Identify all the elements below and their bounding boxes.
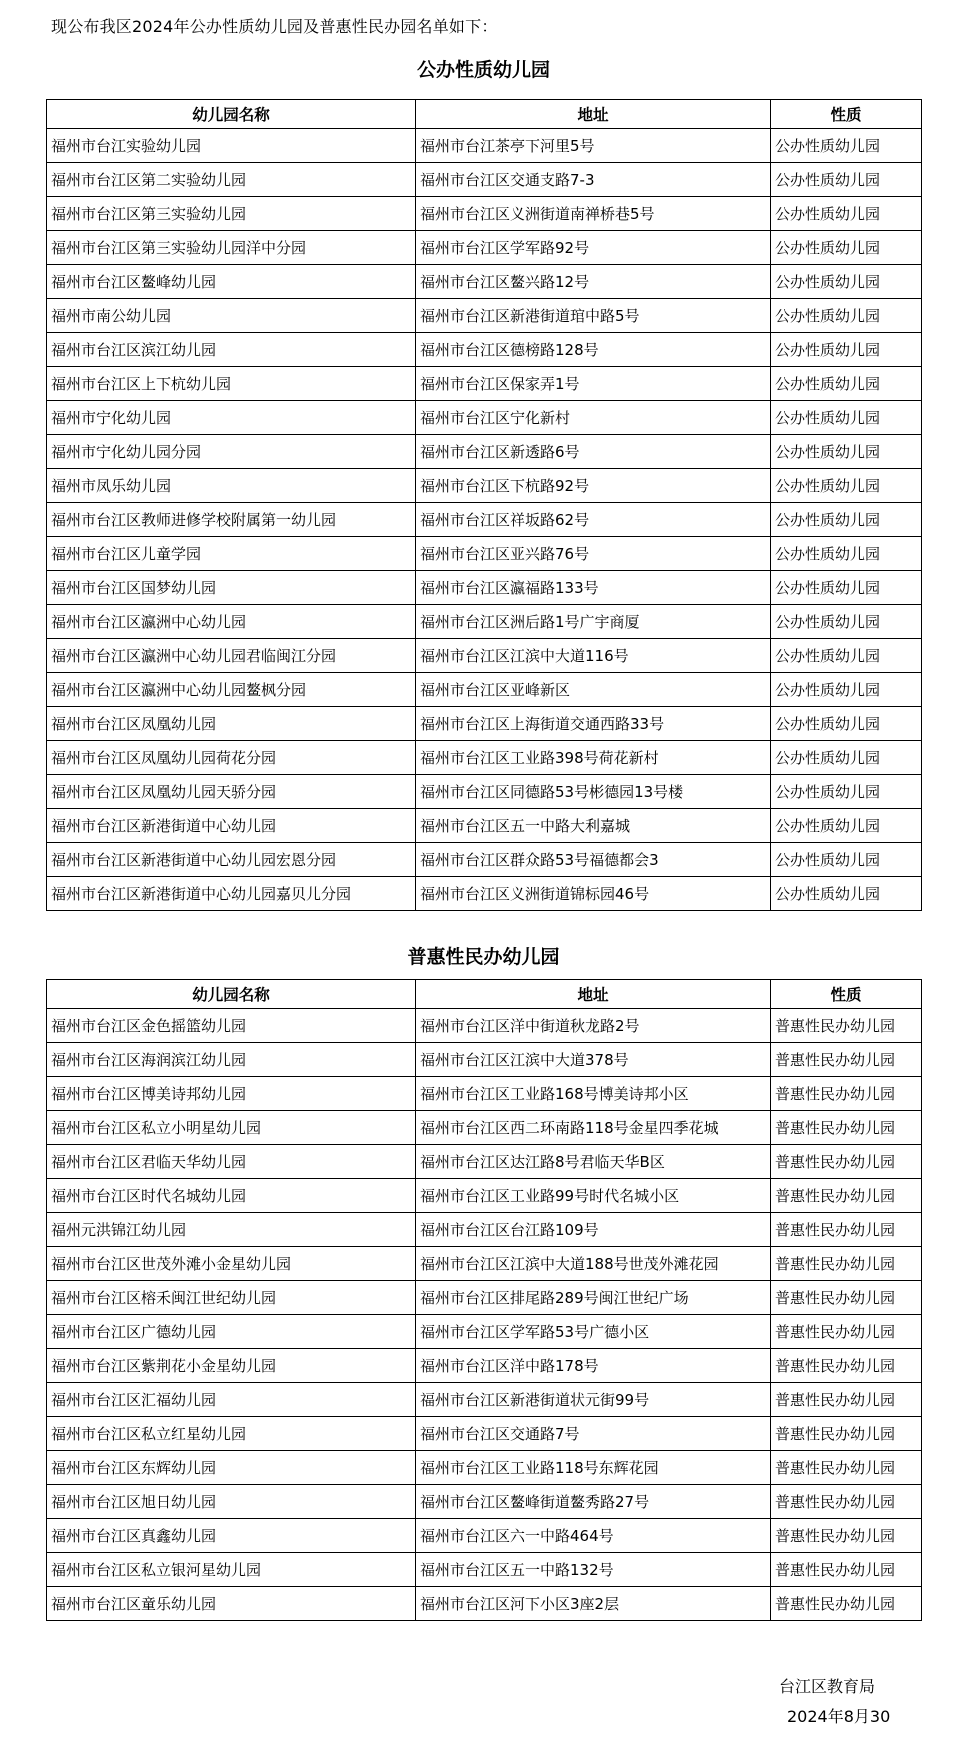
table-row: 福州市台江区旭日幼儿园福州市台江区鳌峰街道鳌秀路27号普惠性民办幼儿园 xyxy=(47,1485,922,1519)
table-row: 福州市台江实验幼儿园福州市台江茶亭下河里5号公办性质幼儿园 xyxy=(47,129,922,163)
table-row: 福州市台江区上下杭幼儿园福州市台江区保家弄1号公办性质幼儿园 xyxy=(47,367,922,401)
cell-address: 福州市台江区交通路7号 xyxy=(416,1417,771,1451)
cell-type: 公办性质幼儿园 xyxy=(771,469,922,503)
table-row: 福州市台江区瀛洲中心幼儿园鳌枫分园福州市台江区亚峰新区公办性质幼儿园 xyxy=(47,673,922,707)
table-row: 福州元洪锦江幼儿园福州市台江区台江路109号普惠性民办幼儿园 xyxy=(47,1213,922,1247)
cell-type: 公办性质幼儿园 xyxy=(771,741,922,775)
cell-name: 福州市台江区凤凰幼儿园天骄分园 xyxy=(47,775,416,809)
cell-address: 福州市台江区六一中路464号 xyxy=(416,1519,771,1553)
cell-type: 公办性质幼儿园 xyxy=(771,673,922,707)
table-row: 福州市台江区瀛洲中心幼儿园福州市台江区洲后路1号广宇商厦公办性质幼儿园 xyxy=(47,605,922,639)
cell-address: 福州市台江区洋中街道秋龙路2号 xyxy=(416,1009,771,1043)
cell-name: 福州元洪锦江幼儿园 xyxy=(47,1213,416,1247)
cell-type: 普惠性民办幼儿园 xyxy=(771,1213,922,1247)
cell-name: 福州市台江区世茂外滩小金星幼儿园 xyxy=(47,1247,416,1281)
cell-address: 福州市台江茶亭下河里5号 xyxy=(416,129,771,163)
cell-type: 普惠性民办幼儿园 xyxy=(771,1519,922,1553)
column-header-type: 性质 xyxy=(771,100,922,129)
cell-name: 福州市台江区新港街道中心幼儿园宏恩分园 xyxy=(47,843,416,877)
cell-type: 普惠性民办幼儿园 xyxy=(771,1383,922,1417)
table-row: 福州市台江区海润滨江幼儿园福州市台江区江滨中大道378号普惠性民办幼儿园 xyxy=(47,1043,922,1077)
cell-address: 福州市台江区亚峰新区 xyxy=(416,673,771,707)
table-row: 福州市台江区国梦幼儿园福州市台江区瀛福路133号公办性质幼儿园 xyxy=(47,571,922,605)
cell-name: 福州市台江区新港街道中心幼儿园 xyxy=(47,809,416,843)
cell-type: 公办性质幼儿园 xyxy=(771,571,922,605)
table-row: 福州市台江区君临天华幼儿园福州市台江区达江路8号君临天华B区普惠性民办幼儿园 xyxy=(47,1145,922,1179)
cell-type: 公办性质幼儿园 xyxy=(771,299,922,333)
intro-text: 现公布我区2024年公办性质幼儿园及普惠性民办园名单如下： xyxy=(51,17,498,37)
cell-name: 福州市台江区广德幼儿园 xyxy=(47,1315,416,1349)
cell-name: 福州市台江区新港街道中心幼儿园嘉贝儿分园 xyxy=(47,877,416,911)
table-header-row: 幼儿园名称 地址 性质 xyxy=(47,100,922,129)
cell-address: 福州市台江区五一中路132号 xyxy=(416,1553,771,1587)
cell-address: 福州市台江区洲后路1号广宇商厦 xyxy=(416,605,771,639)
cell-type: 普惠性民办幼儿园 xyxy=(771,1111,922,1145)
cell-type: 公办性质幼儿园 xyxy=(771,809,922,843)
private-table-body: 福州市台江区金色摇篮幼儿园福州市台江区洋中街道秋龙路2号普惠性民办幼儿园福州市台… xyxy=(47,1009,922,1621)
private-section-title: 普惠性民办幼儿园 xyxy=(46,945,921,969)
cell-name: 福州市台江区瀛洲中心幼儿园鳌枫分园 xyxy=(47,673,416,707)
cell-name: 福州市台江区滨江幼儿园 xyxy=(47,333,416,367)
cell-type: 公办性质幼儿园 xyxy=(771,605,922,639)
cell-name: 福州市台江区私立小明星幼儿园 xyxy=(47,1111,416,1145)
signature-org: 台江区教育局 xyxy=(779,1677,875,1697)
cell-name: 福州市南公幼儿园 xyxy=(47,299,416,333)
cell-name: 福州市台江区凤凰幼儿园 xyxy=(47,707,416,741)
cell-type: 公办性质幼儿园 xyxy=(771,367,922,401)
cell-name: 福州市台江区紫荆花小金星幼儿园 xyxy=(47,1349,416,1383)
cell-type: 普惠性民办幼儿园 xyxy=(771,1077,922,1111)
table-row: 福州市台江区汇福幼儿园福州市台江区新港街道状元街99号普惠性民办幼儿园 xyxy=(47,1383,922,1417)
cell-address: 福州市台江区鳌峰街道鳌秀路27号 xyxy=(416,1485,771,1519)
table-row: 福州市台江区第三实验幼儿园洋中分园福州市台江区学军路92号公办性质幼儿园 xyxy=(47,231,922,265)
public-section-title: 公办性质幼儿园 xyxy=(46,58,921,82)
cell-name: 福州市台江区国梦幼儿园 xyxy=(47,571,416,605)
table-row: 福州市台江区紫荆花小金星幼儿园福州市台江区洋中路178号普惠性民办幼儿园 xyxy=(47,1349,922,1383)
cell-name: 福州市台江区瀛洲中心幼儿园君临闽江分园 xyxy=(47,639,416,673)
cell-type: 公办性质幼儿园 xyxy=(771,129,922,163)
cell-address: 福州市台江区义洲街道锦标园46号 xyxy=(416,877,771,911)
table-row: 福州市台江区儿童学园福州市台江区亚兴路76号公办性质幼儿园 xyxy=(47,537,922,571)
cell-type: 普惠性民办幼儿园 xyxy=(771,1553,922,1587)
cell-address: 福州市台江区德榜路128号 xyxy=(416,333,771,367)
cell-address: 福州市台江区工业路398号荷花新村 xyxy=(416,741,771,775)
cell-address: 福州市台江区亚兴路76号 xyxy=(416,537,771,571)
signature-date: 2024年8月30 xyxy=(787,1707,890,1727)
cell-address: 福州市台江区新港街道琯中路5号 xyxy=(416,299,771,333)
cell-name: 福州市台江区私立红星幼儿园 xyxy=(47,1417,416,1451)
cell-name: 福州市宁化幼儿园 xyxy=(47,401,416,435)
table-row: 福州市台江区新港街道中心幼儿园福州市台江区五一中路大利嘉城公办性质幼儿园 xyxy=(47,809,922,843)
cell-name: 福州市台江区旭日幼儿园 xyxy=(47,1485,416,1519)
cell-address: 福州市台江区群众路53号福德都会3 xyxy=(416,843,771,877)
table-row: 福州市台江区金色摇篮幼儿园福州市台江区洋中街道秋龙路2号普惠性民办幼儿园 xyxy=(47,1009,922,1043)
cell-name: 福州市台江区金色摇篮幼儿园 xyxy=(47,1009,416,1043)
cell-name: 福州市台江区真鑫幼儿园 xyxy=(47,1519,416,1553)
cell-name: 福州市台江区上下杭幼儿园 xyxy=(47,367,416,401)
table-row: 福州市台江区滨江幼儿园福州市台江区德榜路128号公办性质幼儿园 xyxy=(47,333,922,367)
table-row: 福州市宁化幼儿园分园福州市台江区新透路6号公办性质幼儿园 xyxy=(47,435,922,469)
table-row: 福州市台江区凤凰幼儿园天骄分园福州市台江区同德路53号彬德园13号楼公办性质幼儿… xyxy=(47,775,922,809)
table-row: 福州市台江区博美诗邦幼儿园福州市台江区工业路168号博美诗邦小区普惠性民办幼儿园 xyxy=(47,1077,922,1111)
table-row: 福州市台江区新港街道中心幼儿园宏恩分园福州市台江区群众路53号福德都会3公办性质… xyxy=(47,843,922,877)
table-row: 福州市台江区真鑫幼儿园福州市台江区六一中路464号普惠性民办幼儿园 xyxy=(47,1519,922,1553)
table-row: 福州市台江区私立红星幼儿园福州市台江区交通路7号普惠性民办幼儿园 xyxy=(47,1417,922,1451)
cell-name: 福州市台江区时代名城幼儿园 xyxy=(47,1179,416,1213)
public-table-body: 福州市台江实验幼儿园福州市台江茶亭下河里5号公办性质幼儿园福州市台江区第二实验幼… xyxy=(47,129,922,911)
cell-type: 公办性质幼儿园 xyxy=(771,503,922,537)
table-header-row: 幼儿园名称 地址 性质 xyxy=(47,980,922,1009)
cell-type: 公办性质幼儿园 xyxy=(771,843,922,877)
cell-address: 福州市台江区义洲街道南禅桥巷5号 xyxy=(416,197,771,231)
cell-address: 福州市台江区鳌兴路12号 xyxy=(416,265,771,299)
cell-type: 普惠性民办幼儿园 xyxy=(771,1485,922,1519)
table-row: 福州市台江区鳌峰幼儿园福州市台江区鳌兴路12号公办性质幼儿园 xyxy=(47,265,922,299)
cell-name: 福州市台江区第二实验幼儿园 xyxy=(47,163,416,197)
table-row: 福州市台江区东辉幼儿园福州市台江区工业路118号东辉花园普惠性民办幼儿园 xyxy=(47,1451,922,1485)
cell-type: 公办性质幼儿园 xyxy=(771,707,922,741)
cell-address: 福州市台江区江滨中大道116号 xyxy=(416,639,771,673)
cell-type: 普惠性民办幼儿园 xyxy=(771,1043,922,1077)
cell-name: 福州市台江区儿童学园 xyxy=(47,537,416,571)
cell-name: 福州市台江区鳌峰幼儿园 xyxy=(47,265,416,299)
cell-address: 福州市台江区下杭路92号 xyxy=(416,469,771,503)
cell-address: 福州市台江区工业路168号博美诗邦小区 xyxy=(416,1077,771,1111)
cell-type: 普惠性民办幼儿园 xyxy=(771,1281,922,1315)
cell-type: 公办性质幼儿园 xyxy=(771,639,922,673)
cell-address: 福州市台江区学军路92号 xyxy=(416,231,771,265)
table-row: 福州市台江区凤凰幼儿园荷花分园福州市台江区工业路398号荷花新村公办性质幼儿园 xyxy=(47,741,922,775)
cell-type: 普惠性民办幼儿园 xyxy=(771,1417,922,1451)
cell-name: 福州市台江区教师进修学校附属第一幼儿园 xyxy=(47,503,416,537)
table-row: 福州市台江区私立银河星幼儿园福州市台江区五一中路132号普惠性民办幼儿园 xyxy=(47,1553,922,1587)
cell-address: 福州市台江区瀛福路133号 xyxy=(416,571,771,605)
table-row: 福州市台江区凤凰幼儿园福州市台江区上海街道交通西路33号公办性质幼儿园 xyxy=(47,707,922,741)
cell-name: 福州市台江区瀛洲中心幼儿园 xyxy=(47,605,416,639)
table-row: 福州市台江区广德幼儿园福州市台江区学军路53号广德小区普惠性民办幼儿园 xyxy=(47,1315,922,1349)
cell-address: 福州市台江区新港街道状元街99号 xyxy=(416,1383,771,1417)
table-row: 福州市台江区第三实验幼儿园福州市台江区义洲街道南禅桥巷5号公办性质幼儿园 xyxy=(47,197,922,231)
cell-name: 福州市台江区凤凰幼儿园荷花分园 xyxy=(47,741,416,775)
column-header-name: 幼儿园名称 xyxy=(47,980,416,1009)
cell-type: 公办性质幼儿园 xyxy=(771,231,922,265)
table-row: 福州市台江区教师进修学校附属第一幼儿园福州市台江区祥坂路62号公办性质幼儿园 xyxy=(47,503,922,537)
cell-type: 普惠性民办幼儿园 xyxy=(771,1451,922,1485)
cell-address: 福州市台江区同德路53号彬德园13号楼 xyxy=(416,775,771,809)
table-row: 福州市台江区第二实验幼儿园福州市台江区交通支路7-3公办性质幼儿园 xyxy=(47,163,922,197)
cell-type: 公办性质幼儿园 xyxy=(771,877,922,911)
cell-name: 福州市台江区东辉幼儿园 xyxy=(47,1451,416,1485)
cell-type: 普惠性民办幼儿园 xyxy=(771,1315,922,1349)
table-row: 福州市台江区世茂外滩小金星幼儿园福州市台江区江滨中大道188号世茂外滩花园普惠性… xyxy=(47,1247,922,1281)
cell-address: 福州市台江区台江路109号 xyxy=(416,1213,771,1247)
cell-type: 公办性质幼儿园 xyxy=(771,537,922,571)
cell-type: 普惠性民办幼儿园 xyxy=(771,1349,922,1383)
cell-address: 福州市台江区五一中路大利嘉城 xyxy=(416,809,771,843)
cell-address: 福州市台江区西二环南路118号金星四季花城 xyxy=(416,1111,771,1145)
cell-name: 福州市台江区博美诗邦幼儿园 xyxy=(47,1077,416,1111)
column-header-name: 幼儿园名称 xyxy=(47,100,416,129)
cell-address: 福州市台江区新透路6号 xyxy=(416,435,771,469)
cell-type: 公办性质幼儿园 xyxy=(771,163,922,197)
cell-name: 福州市台江区童乐幼儿园 xyxy=(47,1587,416,1621)
cell-address: 福州市台江区工业路118号东辉花园 xyxy=(416,1451,771,1485)
cell-address: 福州市台江区江滨中大道188号世茂外滩花园 xyxy=(416,1247,771,1281)
column-header-type: 性质 xyxy=(771,980,922,1009)
cell-address: 福州市台江区交通支路7-3 xyxy=(416,163,771,197)
cell-name: 福州市台江区第三实验幼儿园 xyxy=(47,197,416,231)
cell-name: 福州市凤乐幼儿园 xyxy=(47,469,416,503)
cell-type: 公办性质幼儿园 xyxy=(771,333,922,367)
table-row: 福州市台江区瀛洲中心幼儿园君临闽江分园福州市台江区江滨中大道116号公办性质幼儿… xyxy=(47,639,922,673)
cell-type: 普惠性民办幼儿园 xyxy=(771,1179,922,1213)
cell-name: 福州市台江区第三实验幼儿园洋中分园 xyxy=(47,231,416,265)
cell-address: 福州市台江区祥坂路62号 xyxy=(416,503,771,537)
table-row: 福州市台江区童乐幼儿园福州市台江区河下小区3座2层普惠性民办幼儿园 xyxy=(47,1587,922,1621)
cell-type: 公办性质幼儿园 xyxy=(771,265,922,299)
table-row: 福州市台江区时代名城幼儿园福州市台江区工业路99号时代名城小区普惠性民办幼儿园 xyxy=(47,1179,922,1213)
cell-type: 公办性质幼儿园 xyxy=(771,197,922,231)
cell-address: 福州市台江区上海街道交通西路33号 xyxy=(416,707,771,741)
cell-address: 福州市台江区江滨中大道378号 xyxy=(416,1043,771,1077)
table-row: 福州市台江区私立小明星幼儿园福州市台江区西二环南路118号金星四季花城普惠性民办… xyxy=(47,1111,922,1145)
cell-type: 普惠性民办幼儿园 xyxy=(771,1145,922,1179)
cell-name: 福州市台江区汇福幼儿园 xyxy=(47,1383,416,1417)
cell-name: 福州市台江区海润滨江幼儿园 xyxy=(47,1043,416,1077)
cell-type: 公办性质幼儿园 xyxy=(771,401,922,435)
cell-address: 福州市台江区学军路53号广德小区 xyxy=(416,1315,771,1349)
public-kindergarten-table: 幼儿园名称 地址 性质 福州市台江实验幼儿园福州市台江茶亭下河里5号公办性质幼儿… xyxy=(46,99,922,911)
table-row: 福州市台江区榕禾闽江世纪幼儿园福州市台江区排尾路289号闽江世纪广场普惠性民办幼… xyxy=(47,1281,922,1315)
table-row: 福州市宁化幼儿园福州市台江区宁化新村公办性质幼儿园 xyxy=(47,401,922,435)
cell-address: 福州市台江区排尾路289号闽江世纪广场 xyxy=(416,1281,771,1315)
cell-name: 福州市宁化幼儿园分园 xyxy=(47,435,416,469)
cell-name: 福州市台江实验幼儿园 xyxy=(47,129,416,163)
cell-name: 福州市台江区榕禾闽江世纪幼儿园 xyxy=(47,1281,416,1315)
table-row: 福州市南公幼儿园福州市台江区新港街道琯中路5号公办性质幼儿园 xyxy=(47,299,922,333)
cell-address: 福州市台江区达江路8号君临天华B区 xyxy=(416,1145,771,1179)
cell-type: 普惠性民办幼儿园 xyxy=(771,1587,922,1621)
private-kindergarten-table: 幼儿园名称 地址 性质 福州市台江区金色摇篮幼儿园福州市台江区洋中街道秋龙路2号… xyxy=(46,979,922,1621)
cell-type: 公办性质幼儿园 xyxy=(771,775,922,809)
cell-address: 福州市台江区工业路99号时代名城小区 xyxy=(416,1179,771,1213)
cell-address: 福州市台江区洋中路178号 xyxy=(416,1349,771,1383)
cell-name: 福州市台江区君临天华幼儿园 xyxy=(47,1145,416,1179)
table-row: 福州市凤乐幼儿园福州市台江区下杭路92号公办性质幼儿园 xyxy=(47,469,922,503)
cell-address: 福州市台江区河下小区3座2层 xyxy=(416,1587,771,1621)
column-header-address: 地址 xyxy=(416,100,771,129)
cell-address: 福州市台江区宁化新村 xyxy=(416,401,771,435)
cell-address: 福州市台江区保家弄1号 xyxy=(416,367,771,401)
cell-type: 普惠性民办幼儿园 xyxy=(771,1009,922,1043)
cell-type: 公办性质幼儿园 xyxy=(771,435,922,469)
table-row: 福州市台江区新港街道中心幼儿园嘉贝儿分园福州市台江区义洲街道锦标园46号公办性质… xyxy=(47,877,922,911)
cell-type: 普惠性民办幼儿园 xyxy=(771,1247,922,1281)
cell-name: 福州市台江区私立银河星幼儿园 xyxy=(47,1553,416,1587)
column-header-address: 地址 xyxy=(416,980,771,1009)
